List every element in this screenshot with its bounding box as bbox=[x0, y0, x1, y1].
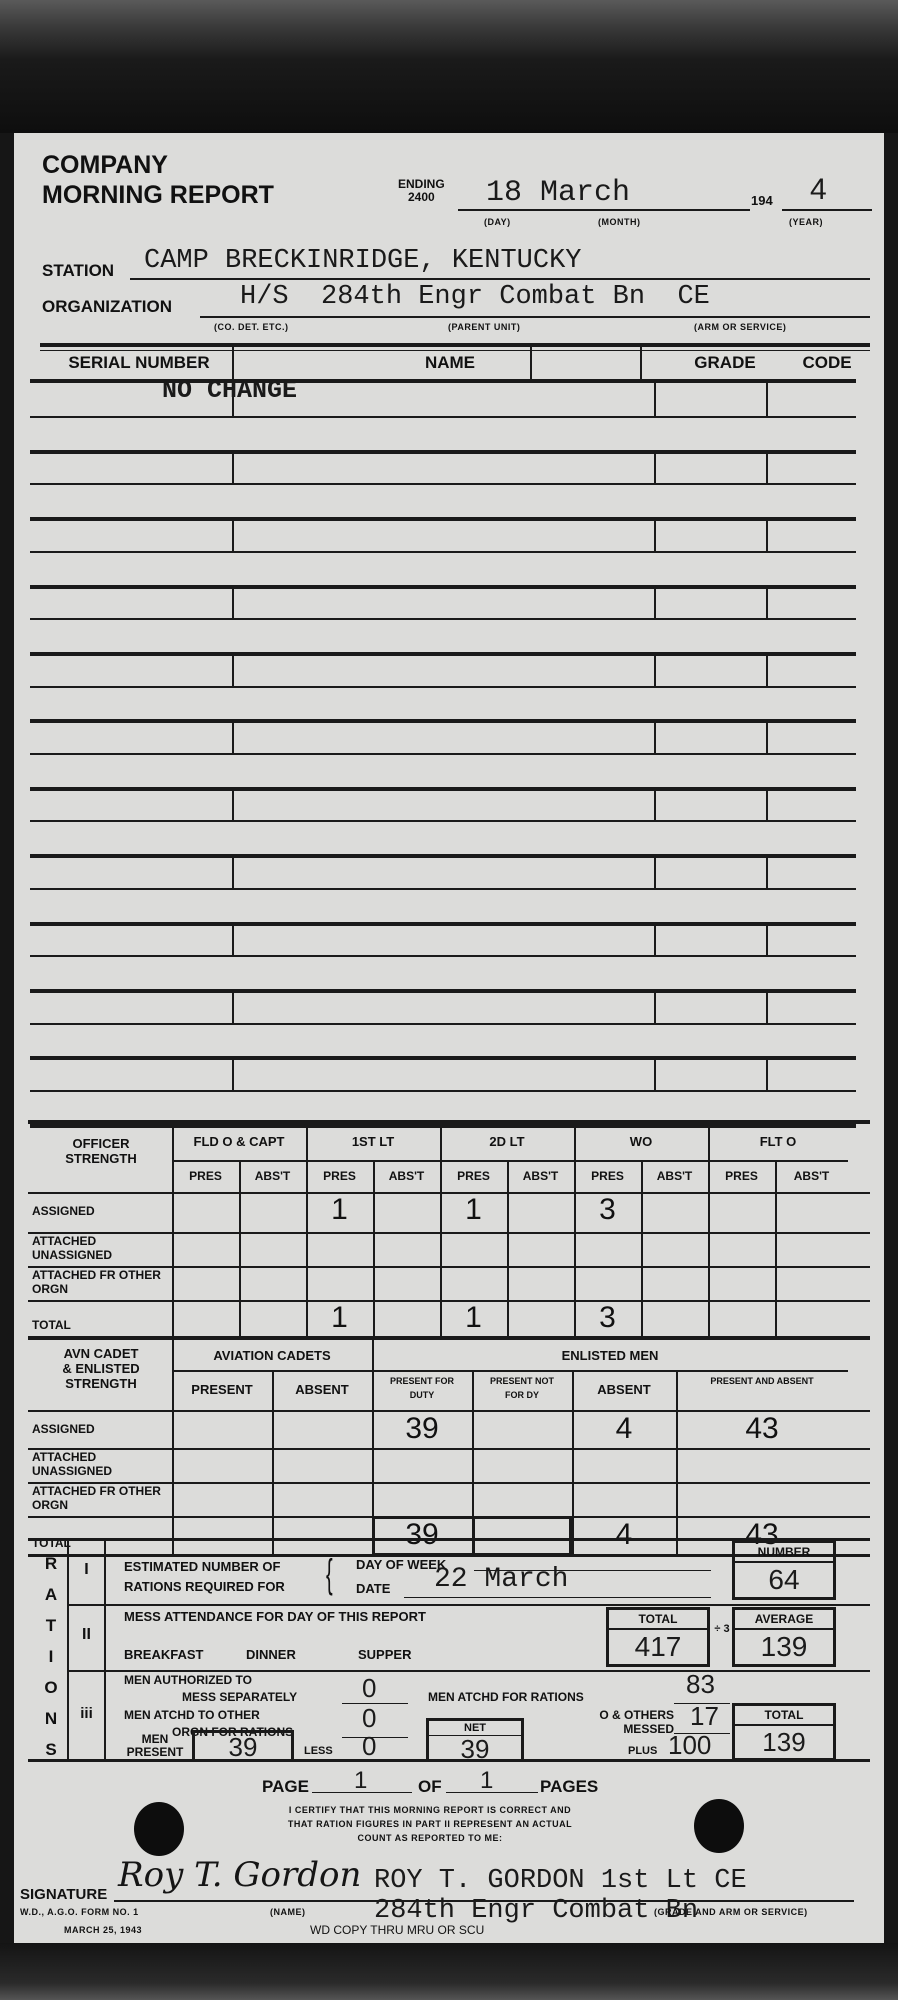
signer-name: ROY T. GORDON 1st Lt CE bbox=[374, 1866, 747, 1896]
day-of-week-label: DAY OF WEEK bbox=[356, 1557, 446, 1572]
name-caption: (NAME) bbox=[270, 1907, 306, 1917]
men-present-label-2: PRESENT bbox=[122, 1746, 188, 1759]
officer-column-divider bbox=[641, 1160, 643, 1336]
mess-attendance-label: MESS ATTENDANCE FOR DAY OF THIS REPORT bbox=[124, 1609, 426, 1624]
officer-row-label: ATTACHED UNASSIGNED bbox=[32, 1234, 172, 1262]
total-present-box-divider bbox=[472, 1516, 475, 1554]
part3-numeral: iii bbox=[69, 1705, 104, 1722]
roster-row-rule bbox=[30, 686, 856, 688]
officer-sub-header: PRES bbox=[440, 1169, 507, 1184]
enlisted-sub-header: PRESENT NOT FOR DY bbox=[472, 1374, 572, 1402]
ration-number-box: NUMBER 64 bbox=[732, 1540, 836, 1600]
roster-row-rule bbox=[30, 450, 856, 454]
roster-column-divider bbox=[766, 518, 768, 551]
roster-column-divider bbox=[232, 787, 234, 820]
form-title-line2: MORNING REPORT bbox=[42, 180, 274, 210]
organization-label: ORGANIZATION bbox=[42, 297, 172, 317]
roster-column-divider bbox=[232, 922, 234, 955]
average-label: AVERAGE bbox=[735, 1610, 833, 1630]
mess-total-value: 417 bbox=[609, 1630, 707, 1664]
enlisted-row-label: ASSIGNED bbox=[32, 1422, 172, 1436]
handwritten-signature: Roy T. Gordon bbox=[118, 1855, 361, 1895]
roster-column-divider bbox=[766, 990, 768, 1023]
year-underline bbox=[782, 209, 872, 211]
page-label: PAGE bbox=[262, 1777, 309, 1797]
officer-group-header: FLT O bbox=[708, 1134, 848, 1149]
roster-column-divider bbox=[766, 787, 768, 820]
atchd-rations-label: MEN ATCHD FOR RATIONS bbox=[428, 1690, 584, 1704]
breakfast-label: BREAKFAST bbox=[124, 1647, 203, 1662]
arm-caption: (ARM OR SERVICE) bbox=[694, 322, 786, 332]
officer-column-divider bbox=[775, 1160, 777, 1336]
roster-row-rule bbox=[30, 955, 856, 957]
officer-title-2: STRENGTH bbox=[32, 1151, 170, 1166]
signature-label: SIGNATURE bbox=[20, 1886, 107, 1903]
roster-column-divider bbox=[654, 585, 656, 618]
ending-label-2: 2400 bbox=[398, 191, 445, 204]
officer-row-label: TOTAL bbox=[32, 1318, 172, 1332]
roster-column-divider bbox=[232, 1057, 234, 1090]
ration-total-value: 139 bbox=[735, 1726, 833, 1758]
officer-sub-header: ABS'T bbox=[373, 1169, 440, 1184]
roster-column-divider bbox=[766, 585, 768, 618]
enlisted-sub-header: PRESENT FOR DUTY bbox=[372, 1374, 472, 1402]
punch-hole-left bbox=[134, 1802, 184, 1856]
roster-top-rule bbox=[40, 343, 870, 347]
officer-column-divider bbox=[172, 1124, 174, 1336]
roster-row-rule bbox=[30, 517, 856, 521]
ration-date-label: DATE bbox=[356, 1581, 390, 1596]
roster-column-divider bbox=[766, 1057, 768, 1090]
report-date: 18 March bbox=[486, 176, 630, 210]
atchd-other-label-1: MEN ATCHD TO OTHER bbox=[124, 1708, 260, 1722]
header-grade: GRADE bbox=[664, 353, 786, 373]
pages-label: PAGES bbox=[540, 1777, 598, 1797]
officer-column-divider bbox=[507, 1160, 509, 1336]
brace-icon: { bbox=[326, 1551, 333, 1597]
enlisted-cell-value: 43 bbox=[676, 1412, 848, 1446]
pages-value: 1 bbox=[480, 1767, 493, 1795]
roster-column-divider bbox=[654, 787, 656, 820]
roster-row-rule bbox=[30, 1056, 856, 1060]
station-label: STATION bbox=[42, 261, 114, 281]
officer-group-header: WO bbox=[574, 1134, 708, 1149]
header-serial-number: SERIAL NUMBER bbox=[44, 353, 234, 373]
wd-copy-note: WD COPY THRU MRU OR SCU bbox=[310, 1923, 484, 1937]
punch-hole-right bbox=[694, 1799, 744, 1853]
ration-date-value: 22 March bbox=[434, 1564, 568, 1595]
ration-total-label: TOTAL bbox=[735, 1706, 833, 1726]
men-present-label: MEN PRESENT bbox=[122, 1733, 188, 1759]
officer-sub-header: PRES bbox=[172, 1169, 239, 1184]
auth-sep-label-2: MESS SEPARATELY bbox=[182, 1690, 297, 1704]
roster-row-rule bbox=[30, 820, 856, 822]
ending-label: ENDING 2400 bbox=[398, 178, 445, 204]
station-underline bbox=[130, 278, 870, 280]
officer-sub-header: PRES bbox=[574, 1169, 641, 1184]
roster-column-divider bbox=[766, 922, 768, 955]
officer-group-header: FLD O & CAPT bbox=[172, 1134, 306, 1149]
others-label-2: MESSED bbox=[596, 1722, 674, 1736]
certification-text: I CERTIFY THAT THIS MORNING REPORT IS CO… bbox=[220, 1803, 640, 1845]
officer-title-1: OFFICER bbox=[32, 1136, 170, 1151]
officer-sub-header: ABS'T bbox=[775, 1169, 848, 1184]
ration-total-box: TOTAL 139 bbox=[732, 1703, 836, 1761]
officer-row-label: ATTACHED FR OTHER ORGN bbox=[32, 1268, 172, 1296]
officer-sub-header: PRES bbox=[708, 1169, 775, 1184]
roster-column-divider bbox=[654, 383, 656, 416]
roster-row-rule bbox=[30, 787, 856, 791]
enlisted-column-divider bbox=[272, 1370, 274, 1554]
roster-column-divider bbox=[232, 855, 234, 888]
roster-column-divider bbox=[232, 518, 234, 551]
roster-column-divider bbox=[654, 990, 656, 1023]
roster-row-rule bbox=[30, 416, 856, 418]
ration-date-underline bbox=[404, 1597, 711, 1598]
roster-row-rule bbox=[30, 888, 856, 890]
enlisted-title-3: STRENGTH bbox=[32, 1376, 170, 1391]
side-letter: T bbox=[40, 1610, 62, 1641]
officer-row-label: ASSIGNED bbox=[32, 1204, 172, 1218]
part1-numeral: I bbox=[69, 1561, 104, 1579]
enlisted-row-label: ATTACHED UNASSIGNED bbox=[32, 1450, 172, 1478]
roster-row-rule bbox=[30, 1124, 856, 1128]
officer-cell-value: 1 bbox=[440, 1194, 507, 1226]
month-caption: (MONTH) bbox=[598, 217, 641, 227]
roster-column-divider bbox=[654, 855, 656, 888]
net-value: 39 bbox=[429, 1736, 521, 1762]
enlisted-column-divider bbox=[172, 1340, 174, 1554]
rations-part1-bottom bbox=[67, 1604, 870, 1606]
officer-group-header: 2D LT bbox=[440, 1134, 574, 1149]
less-value: 0 bbox=[362, 1731, 376, 1762]
supper-label: SUPPER bbox=[358, 1647, 411, 1662]
enlisted-men-header: ENLISTED MEN bbox=[372, 1348, 848, 1363]
officer-column-divider bbox=[239, 1160, 241, 1336]
side-letter: I bbox=[40, 1641, 62, 1672]
form-date: MARCH 25, 1943 bbox=[64, 1925, 142, 1935]
roster-column-divider bbox=[232, 990, 234, 1023]
others-messed-label: O & OTHERS MESSED bbox=[596, 1708, 674, 1736]
day-caption: (DAY) bbox=[484, 217, 511, 227]
enlisted-strength-title: AVN CADET& ENLISTEDSTRENGTH bbox=[32, 1346, 170, 1391]
roster-row-rule bbox=[30, 989, 856, 993]
roster-row-rule bbox=[30, 854, 856, 858]
mess-total-box: TOTAL 417 bbox=[606, 1607, 710, 1667]
cadet-sub-header: ABSENT bbox=[272, 1382, 372, 1397]
form-title: COMPANY MORNING REPORT bbox=[42, 150, 274, 210]
dinner-label: DINNER bbox=[246, 1647, 296, 1662]
officer-cell-value: 1 bbox=[306, 1302, 373, 1334]
roster-column-divider bbox=[232, 450, 234, 483]
atchd-other-value: 0 bbox=[362, 1703, 376, 1734]
side-letter: N bbox=[40, 1703, 62, 1734]
page-value: 1 bbox=[354, 1767, 367, 1795]
officer-group-header: 1ST LT bbox=[306, 1134, 440, 1149]
roster-column-divider bbox=[766, 383, 768, 416]
side-letter: O bbox=[40, 1672, 62, 1703]
auth-sep-value: 0 bbox=[362, 1673, 376, 1704]
rations-divider-2 bbox=[104, 1541, 106, 1759]
roster-row-rule bbox=[30, 1023, 856, 1025]
roster-column-divider bbox=[766, 720, 768, 753]
morning-report-form: COMPANY MORNING REPORT ENDING 2400 18 Ma… bbox=[14, 133, 884, 1943]
roster-column-divider bbox=[654, 1057, 656, 1090]
certify-line-1: I CERTIFY THAT THIS MORNING REPORT IS CO… bbox=[220, 1803, 640, 1817]
year-prefix: 194 bbox=[751, 193, 773, 208]
roster-column-divider bbox=[232, 653, 234, 686]
officer-strength-title: OFFICERSTRENGTH bbox=[32, 1136, 170, 1166]
officer-cell-value: 3 bbox=[574, 1194, 641, 1226]
roster-column-divider bbox=[766, 450, 768, 483]
roster-column-divider bbox=[654, 518, 656, 551]
auth-sep-label-1: MEN AUTHORIZED TO bbox=[124, 1673, 252, 1687]
certify-line-3: COUNT AS REPORTED TO ME: bbox=[220, 1831, 640, 1845]
roster-row-rule bbox=[30, 652, 856, 656]
officer-group-rule bbox=[172, 1160, 848, 1162]
enlisted-sub-header: PRESENT AND ABSENT bbox=[676, 1374, 848, 1388]
roster-row-rule bbox=[30, 1090, 856, 1092]
roster-column-divider bbox=[232, 720, 234, 753]
side-letter: A bbox=[40, 1579, 62, 1610]
report-year: 4 bbox=[810, 173, 827, 207]
aviation-cadets-header: AVIATION CADETS bbox=[172, 1348, 372, 1363]
part1-label-2: RATIONS REQUIRED FOR bbox=[124, 1577, 285, 1597]
number-label: NUMBER bbox=[735, 1543, 833, 1563]
mess-average-box: AVERAGE 139 bbox=[732, 1607, 836, 1667]
roster-column-divider bbox=[654, 720, 656, 753]
number-value: 64 bbox=[735, 1563, 833, 1597]
roster-row-rule bbox=[30, 618, 856, 620]
plus-value: 100 bbox=[668, 1730, 711, 1761]
roster-header-rule bbox=[30, 379, 856, 383]
roster-column-divider bbox=[766, 653, 768, 686]
part1-label-1: ESTIMATED NUMBER OF bbox=[124, 1557, 285, 1577]
roster-column-divider bbox=[766, 855, 768, 888]
men-present-box: 39 bbox=[192, 1730, 294, 1762]
roster-row-rule bbox=[30, 551, 856, 553]
roster-row-rule bbox=[30, 483, 856, 485]
officer-column-divider bbox=[708, 1124, 710, 1336]
enlisted-title-2: & ENLISTED bbox=[32, 1361, 170, 1376]
roster-column-divider bbox=[232, 585, 234, 618]
cadet-sub-header: PRESENT bbox=[172, 1382, 272, 1397]
officer-sub-header: PRES bbox=[306, 1169, 373, 1184]
side-letter: R bbox=[40, 1548, 62, 1579]
officer-sub-header: ABS'T bbox=[507, 1169, 574, 1184]
year-caption: (YEAR) bbox=[789, 217, 823, 227]
organization-value: H/S 284th Engr Combat Bn CE bbox=[240, 282, 710, 312]
roster-top-rule-thin bbox=[40, 350, 870, 351]
station-value: CAMP BRECKINRIDGE, KENTUCKY bbox=[144, 246, 581, 276]
co-caption: (CO. DET. ETC.) bbox=[214, 322, 289, 332]
form-number: W.D., A.G.O. FORM NO. 1 bbox=[20, 1907, 139, 1917]
enlisted-cell-value: 4 bbox=[572, 1518, 676, 1552]
enlisted-row-label: ATTACHED FR OTHER ORGN bbox=[32, 1484, 172, 1512]
officer-cell-value: 3 bbox=[574, 1302, 641, 1334]
roster-row-rule bbox=[30, 753, 856, 755]
part1-label: ESTIMATED NUMBER OF RATIONS REQUIRED FOR bbox=[124, 1557, 285, 1597]
officer-row-rule bbox=[28, 1336, 870, 1340]
officer-top-rule bbox=[28, 1120, 870, 1124]
of-label: OF bbox=[418, 1777, 442, 1797]
enlisted-cell-value: 39 bbox=[372, 1412, 472, 1446]
officer-sub-header: ABS'T bbox=[641, 1169, 708, 1184]
divide-by-three: ÷ 3 bbox=[714, 1623, 730, 1636]
organization-underline bbox=[200, 316, 870, 318]
side-letter: S bbox=[40, 1734, 62, 1765]
roster-column-divider bbox=[654, 653, 656, 686]
parent-unit-caption: (PARENT UNIT) bbox=[448, 322, 520, 332]
rations-side-label: R A T I O N S bbox=[40, 1548, 62, 1765]
rations-part2-bottom bbox=[67, 1670, 870, 1672]
film-border-bottom bbox=[0, 1943, 898, 2000]
officer-sub-header: ABS'T bbox=[239, 1169, 306, 1184]
others-value: 17 bbox=[690, 1701, 719, 1732]
roster-column-divider bbox=[654, 922, 656, 955]
less-label: LESS bbox=[304, 1745, 333, 1757]
officer-cell-value: 1 bbox=[306, 1194, 373, 1226]
roster-row-rule bbox=[30, 719, 856, 723]
atchd-rations-value: 83 bbox=[686, 1669, 715, 1700]
enlisted-cell-value: 4 bbox=[572, 1412, 676, 1446]
grade-caption: (GRADE AND ARM OR SERVICE) bbox=[654, 1907, 808, 1917]
roster-row-rule bbox=[30, 922, 856, 926]
enlisted-title-1: AVN CADET bbox=[32, 1346, 170, 1361]
certify-line-2: THAT RATION FIGURES IN PART II REPRESENT… bbox=[220, 1817, 640, 1831]
signer-unit: 284th Engr Combat Bn bbox=[374, 1896, 698, 1926]
average-value: 139 bbox=[735, 1630, 833, 1664]
part2-numeral: II bbox=[69, 1626, 104, 1644]
header-name: NAME bbox=[240, 353, 660, 373]
header-code: CODE bbox=[786, 353, 868, 373]
roster-row-rule bbox=[30, 585, 856, 589]
plus-label: PLUS bbox=[628, 1745, 657, 1757]
officer-column-divider bbox=[373, 1160, 375, 1336]
enlisted-sub-header: ABSENT bbox=[572, 1382, 676, 1397]
others-label-1: O & OTHERS bbox=[596, 1708, 674, 1722]
form-title-line1: COMPANY bbox=[42, 150, 274, 180]
net-box: NET 39 bbox=[426, 1718, 524, 1762]
mess-total-label: TOTAL bbox=[609, 1610, 707, 1630]
no-change-stamp: NO CHANGE bbox=[162, 376, 297, 405]
officer-cell-value: 1 bbox=[440, 1302, 507, 1334]
film-border-top bbox=[0, 0, 898, 133]
roster-column-divider bbox=[654, 450, 656, 483]
men-present-value: 39 bbox=[195, 1733, 291, 1761]
